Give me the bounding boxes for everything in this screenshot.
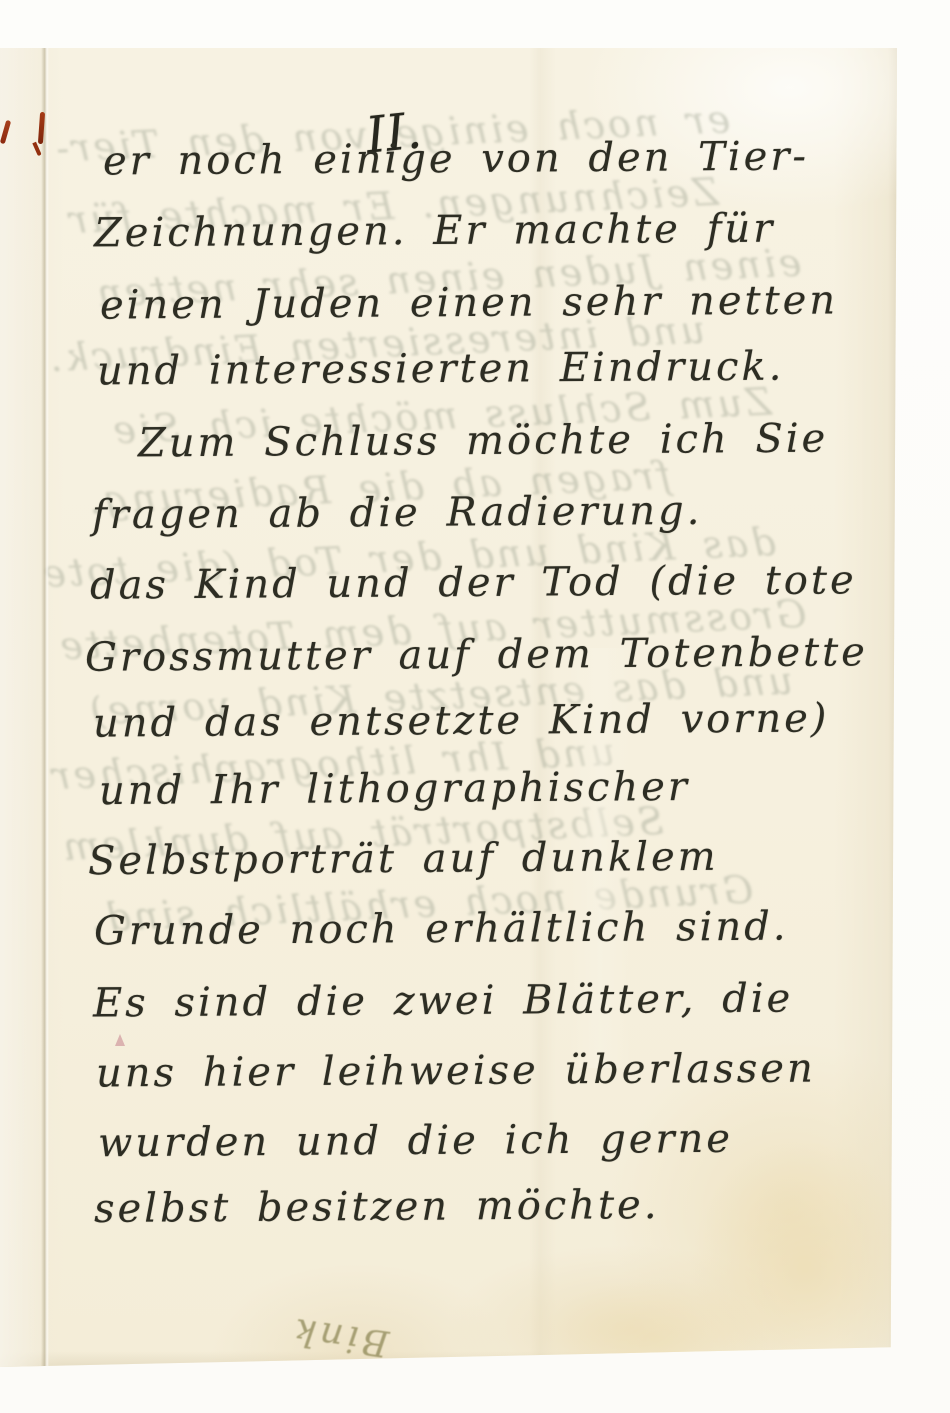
handwriting-line: und Ihr lithographischer [99, 764, 690, 814]
handwriting-line: wurden und die ich gerne [98, 1116, 733, 1166]
pink-fleck [115, 1034, 125, 1046]
left-margin-strip [0, 48, 41, 1367]
handwriting-line: und interessierten Eindruck. [97, 344, 785, 395]
handwriting-line: und das entsetzte Kind vorne) [93, 695, 830, 746]
paper-crease [41, 48, 49, 1367]
handwriting-line: er noch einige von den Tier- [103, 134, 809, 185]
handwriting-line: Zum Schluss möchte ich Sie [138, 416, 829, 467]
handwriting-line: fragen ab die Radierung. [92, 488, 703, 538]
scan-background: er noch einige von den Tier-Zeichnungen.… [0, 0, 950, 1413]
handwriting-line: einen Juden einen sehr netten [100, 277, 838, 328]
handwriting-line: das Kind und der Tod (die tote [90, 557, 857, 608]
handwriting-line: Grossmutter auf dem Totenbette [85, 629, 868, 680]
handwriting-line: selbst besitzen möchte. [94, 1182, 660, 1232]
handwriting-line: Es sind die zwei Blätter, die [93, 976, 794, 1027]
letter-paper: er noch einige von den Tier-Zeichnungen.… [0, 48, 897, 1367]
handwriting-line: Grunde noch erhältlich sind. [94, 904, 789, 955]
handwriting-line: Zeichnungen. Er machte für [94, 206, 776, 257]
handwriting-line: Selbstporträt auf dunklem [88, 834, 719, 884]
handwriting-line: uns hier leihweise überlassen [96, 1045, 816, 1096]
